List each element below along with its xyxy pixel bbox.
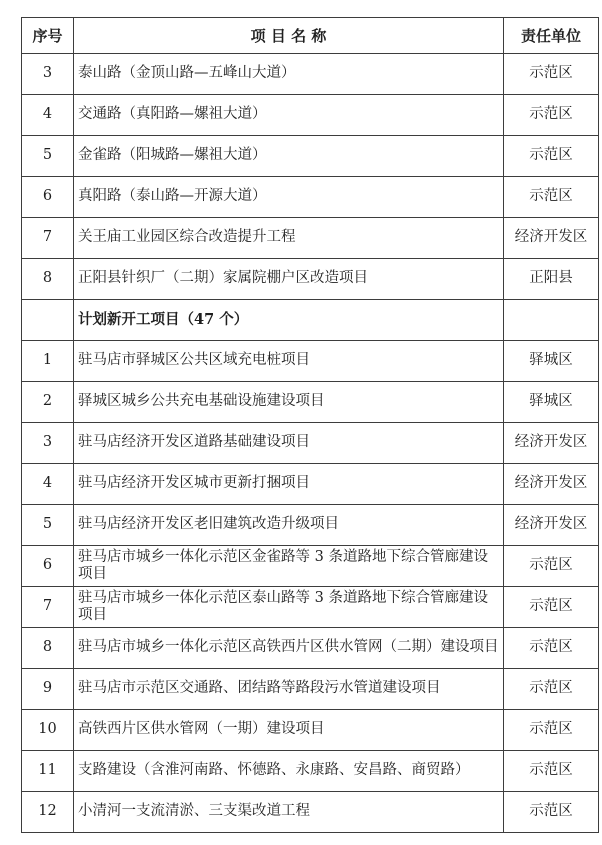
cell-serial <box>22 300 74 341</box>
header-cell-responsible-unit: 责任单位 <box>504 18 599 54</box>
cell-project-name: 关王庙工业园区综合改造提升工程 <box>74 218 504 259</box>
table-row: 9 驻马店市示范区交通路、团结路等路段污水管道建设项目 示范区 <box>22 669 599 710</box>
cell-responsible-unit: 示范区 <box>504 751 599 792</box>
table-row: 4 驻马店经济开发区城市更新打捆项目 经济开发区 <box>22 464 599 505</box>
cell-responsible-unit: 示范区 <box>504 54 599 95</box>
cell-serial: 6 <box>22 177 74 218</box>
header-cell-serial: 序号 <box>22 18 74 54</box>
cell-serial: 5 <box>22 505 74 546</box>
cell-responsible-unit: 示范区 <box>504 669 599 710</box>
table-row: 3 驻马店经济开发区道路基础建设项目 经济开发区 <box>22 423 599 464</box>
cell-serial: 5 <box>22 136 74 177</box>
table-row: 11 支路建设（含淮河南路、怀德路、永康路、安昌路、商贸路） 示范区 <box>22 751 599 792</box>
section-title: 计划新开工项目（47 个） <box>74 300 504 341</box>
cell-serial: 3 <box>22 54 74 95</box>
cell-project-name: 驻马店市驿城区公共区域充电桩项目 <box>74 341 504 382</box>
cell-serial: 11 <box>22 751 74 792</box>
table-row: 8 驻马店市城乡一体化示范区高铁西片区供水管网（二期）建设项目 示范区 <box>22 628 599 669</box>
table-header-row: 序号 项 目 名 称 责任单位 <box>22 18 599 54</box>
cell-serial: 1 <box>22 341 74 382</box>
project-table: 序号 项 目 名 称 责任单位 3 泰山路（金顶山路—五峰山大道） 示范区 4 … <box>21 17 599 833</box>
cell-serial: 4 <box>22 464 74 505</box>
cell-project-name: 支路建设（含淮河南路、怀德路、永康路、安昌路、商贸路） <box>74 751 504 792</box>
cell-project-name: 真阳路（泰山路—开源大道） <box>74 177 504 218</box>
header-cell-project-name: 项 目 名 称 <box>74 18 504 54</box>
cell-responsible-unit: 示范区 <box>504 546 599 587</box>
table-row: 10 高铁西片区供水管网（一期）建设项目 示范区 <box>22 710 599 751</box>
cell-responsible-unit: 示范区 <box>504 177 599 218</box>
cell-serial: 7 <box>22 218 74 259</box>
cell-project-name: 泰山路（金顶山路—五峰山大道） <box>74 54 504 95</box>
cell-serial: 4 <box>22 95 74 136</box>
table-row: 6 驻马店市城乡一体化示范区金雀路等 3 条道路地下综合管廊建设项目 示范区 <box>22 546 599 587</box>
cell-responsible-unit: 正阳县 <box>504 259 599 300</box>
section-header-row: 计划新开工项目（47 个） <box>22 300 599 341</box>
cell-project-name: 驻马店经济开发区老旧建筑改造升级项目 <box>74 505 504 546</box>
cell-project-name: 高铁西片区供水管网（一期）建设项目 <box>74 710 504 751</box>
table-row: 3 泰山路（金顶山路—五峰山大道） 示范区 <box>22 54 599 95</box>
cell-serial: 6 <box>22 546 74 587</box>
cell-serial: 12 <box>22 792 74 833</box>
cell-project-name: 金雀路（阳城路—嫘祖大道） <box>74 136 504 177</box>
cell-serial: 8 <box>22 628 74 669</box>
cell-responsible-unit: 示范区 <box>504 587 599 628</box>
cell-responsible-unit: 示范区 <box>504 710 599 751</box>
cell-responsible-unit: 示范区 <box>504 792 599 833</box>
cell-serial: 10 <box>22 710 74 751</box>
cell-responsible-unit: 驿城区 <box>504 341 599 382</box>
document-page: 序号 项 目 名 称 责任单位 3 泰山路（金顶山路—五峰山大道） 示范区 4 … <box>0 0 602 845</box>
cell-responsible-unit: 示范区 <box>504 95 599 136</box>
cell-project-name: 驻马店经济开发区城市更新打捆项目 <box>74 464 504 505</box>
cell-responsible-unit: 经济开发区 <box>504 218 599 259</box>
cell-serial: 7 <box>22 587 74 628</box>
table-row: 4 交通路（真阳路—嫘祖大道） 示范区 <box>22 95 599 136</box>
cell-serial: 3 <box>22 423 74 464</box>
cell-responsible-unit: 经济开发区 <box>504 464 599 505</box>
cell-responsible-unit: 示范区 <box>504 628 599 669</box>
cell-responsible-unit: 驿城区 <box>504 382 599 423</box>
table-row: 12 小清河一支流清淤、三支渠改道工程 示范区 <box>22 792 599 833</box>
table-row: 7 关王庙工业园区综合改造提升工程 经济开发区 <box>22 218 599 259</box>
table-row: 5 驻马店经济开发区老旧建筑改造升级项目 经济开发区 <box>22 505 599 546</box>
table-row: 5 金雀路（阳城路—嫘祖大道） 示范区 <box>22 136 599 177</box>
cell-serial: 8 <box>22 259 74 300</box>
cell-project-name: 驿城区城乡公共充电基础设施建设项目 <box>74 382 504 423</box>
cell-serial: 9 <box>22 669 74 710</box>
table-row: 7 驻马店市城乡一体化示范区泰山路等 3 条道路地下综合管廊建设项目 示范区 <box>22 587 599 628</box>
cell-serial: 2 <box>22 382 74 423</box>
cell-project-name: 驻马店市城乡一体化示范区泰山路等 3 条道路地下综合管廊建设项目 <box>74 587 504 628</box>
cell-project-name: 交通路（真阳路—嫘祖大道） <box>74 95 504 136</box>
cell-responsible-unit: 示范区 <box>504 136 599 177</box>
table-row: 6 真阳路（泰山路—开源大道） 示范区 <box>22 177 599 218</box>
cell-project-name: 驻马店市示范区交通路、团结路等路段污水管道建设项目 <box>74 669 504 710</box>
cell-project-name: 驻马店经济开发区道路基础建设项目 <box>74 423 504 464</box>
table-row: 1 驻马店市驿城区公共区域充电桩项目 驿城区 <box>22 341 599 382</box>
table-row: 2 驿城区城乡公共充电基础设施建设项目 驿城区 <box>22 382 599 423</box>
cell-project-name: 小清河一支流清淤、三支渠改道工程 <box>74 792 504 833</box>
cell-project-name: 驻马店市城乡一体化示范区金雀路等 3 条道路地下综合管廊建设项目 <box>74 546 504 587</box>
cell-project-name: 正阳县针织厂（二期）家属院棚户区改造项目 <box>74 259 504 300</box>
cell-responsible-unit: 经济开发区 <box>504 423 599 464</box>
table-row: 8 正阳县针织厂（二期）家属院棚户区改造项目 正阳县 <box>22 259 599 300</box>
cell-responsible-unit: 经济开发区 <box>504 505 599 546</box>
cell-responsible-unit <box>504 300 599 341</box>
cell-project-name: 驻马店市城乡一体化示范区高铁西片区供水管网（二期）建设项目 <box>74 628 504 669</box>
